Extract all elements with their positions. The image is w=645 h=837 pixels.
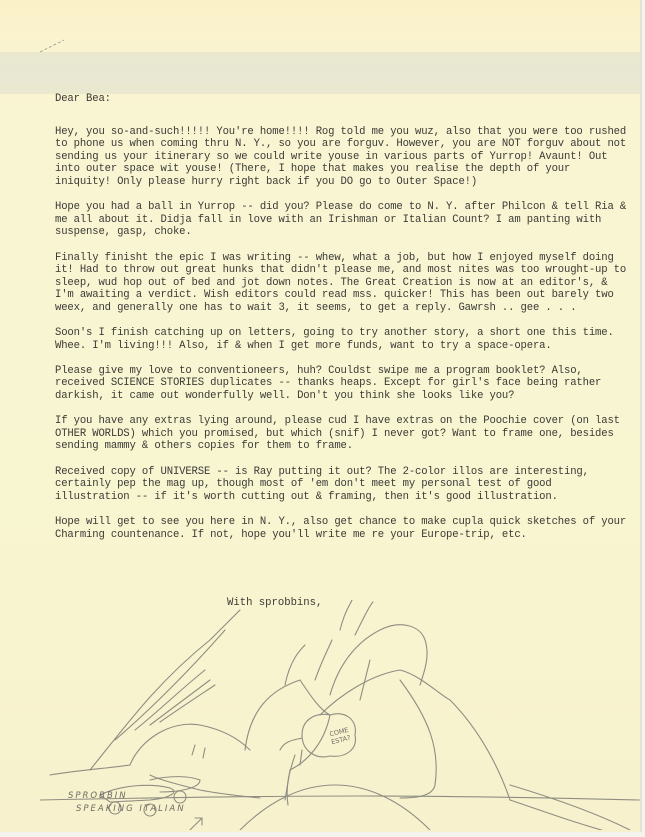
paragraph-conventioneers: Please give my love to conventioneers, h… — [55, 365, 630, 403]
paragraph-epic: Finally finisht the epic I was writing -… — [55, 252, 630, 315]
letter-body: Dear Bea: Hey, you so-and-such!!!!! You'… — [55, 93, 630, 554]
paragraph-poochie-cover: If you have any extras lying around, ple… — [55, 415, 630, 453]
salutation: Dear Bea: — [55, 93, 630, 106]
paragraph-universe: Received copy of UNIVERSE -- is Ray putt… — [55, 466, 630, 504]
pencil-mark — [38, 38, 68, 54]
caption-line-2: SPEAKING ITALIAN — [76, 803, 186, 816]
caption-line-1: SPROBBIN — [68, 791, 128, 801]
fold-crease — [0, 52, 640, 94]
paragraph-yurrop: Hope you had a ball in Yurrop -- did you… — [55, 201, 630, 239]
paragraph-next-story: Soon's I finish catching up on letters, … — [55, 327, 630, 352]
letter-page: Dear Bea: Hey, you so-and-such!!!!! You'… — [0, 0, 642, 832]
paragraph-hope-to-see: Hope will get to see you here in N. Y., … — [55, 516, 630, 541]
sketch-caption: SPROBBIN SPEAKING ITALIAN — [68, 790, 186, 816]
paragraph-homecoming: Hey, you so-and-such!!!!! You're home!!!… — [55, 126, 630, 189]
